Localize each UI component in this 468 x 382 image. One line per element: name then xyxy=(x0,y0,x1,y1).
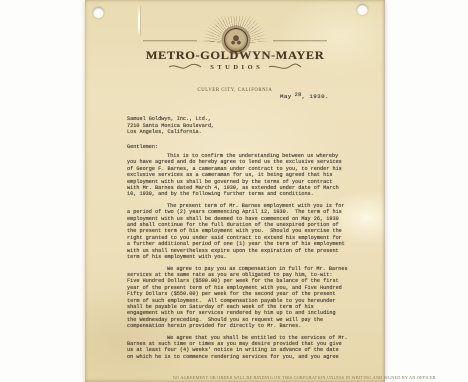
letter-paper: METRO-GOLDWYN-MAYER STUDIOS CULVER CITY,… xyxy=(85,0,385,382)
letter-body: This is to confirm the understanding bet… xyxy=(127,153,348,365)
scan-background: METRO-GOLDWYN-MAYER STUDIOS CULVER CITY,… xyxy=(0,0,468,382)
punch-hole-right-icon xyxy=(357,4,368,15)
recipient-address: Samuel Goldwyn, Inc., Ltd., 7210 Santa M… xyxy=(127,116,214,136)
recipient-line-1: Samuel Goldwyn, Inc., Ltd., xyxy=(127,116,214,123)
date-month: May xyxy=(280,93,292,100)
division-label: STUDIOS xyxy=(207,64,264,71)
footer-disclaimer: NO AGREEMENT OR ORDER WILL BE BINDING ON… xyxy=(85,367,385,382)
paragraph-4: We agree that you shall be entitled to t… xyxy=(127,335,348,361)
letterhead-flourish-left xyxy=(143,40,197,41)
date-line: May28, 1930. xyxy=(280,93,329,100)
scroll-flourish-left-icon xyxy=(168,63,202,71)
studios-banner: STUDIOS xyxy=(85,63,385,71)
scroll-flourish-right-icon xyxy=(268,63,302,71)
paragraph-1: This is to confirm the understanding bet… xyxy=(127,153,348,198)
date-year: , 1930. xyxy=(302,93,329,100)
punch-hole-left-icon xyxy=(93,7,104,18)
recipient-line-3: Los Angeles, California. xyxy=(127,129,214,136)
date-day: 28 xyxy=(295,92,302,98)
paragraph-3: We agree to pay you as compensation in f… xyxy=(127,266,348,330)
location-line: CULVER CITY, CALIFORNIA xyxy=(85,78,385,96)
letterhead-flourish-right xyxy=(273,40,327,41)
company-name: METRO-GOLDWYN-MAYER xyxy=(85,48,385,62)
footer-disclaimer-text: NO AGREEMENT OR ORDER WILL BE BINDING ON… xyxy=(173,376,436,381)
salutation: Gentlemen: xyxy=(127,144,158,150)
location-text: CULVER CITY, CALIFORNIA xyxy=(198,88,273,93)
paper-crease xyxy=(138,6,140,36)
paragraph-2: The present term of Mr. Barnes employmen… xyxy=(127,203,348,261)
